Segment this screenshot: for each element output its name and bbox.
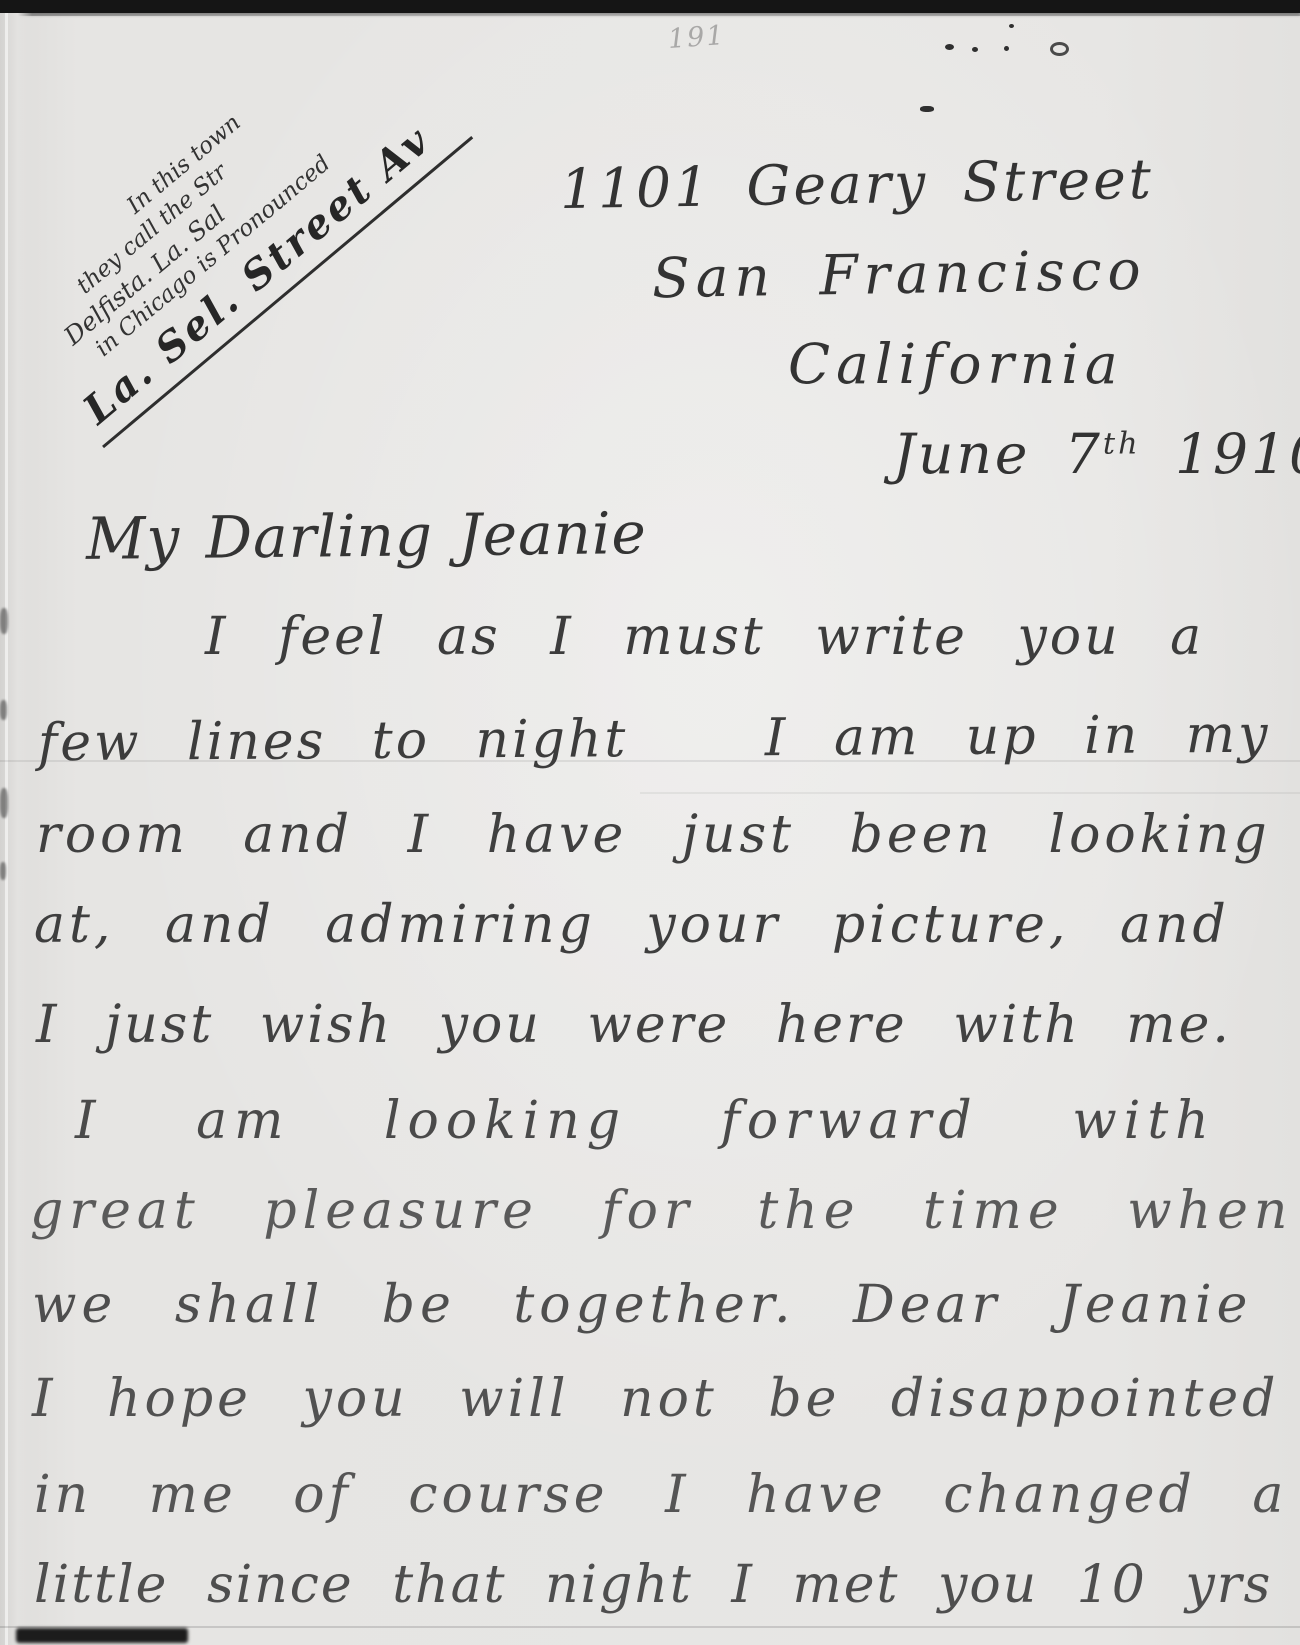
body-line-10: in me of course I have changed a [34, 1468, 1287, 1523]
scan-edge-smear [0, 788, 8, 818]
ink-speck [972, 47, 978, 52]
bottom-edge-smudge [16, 1628, 188, 1643]
body-line-5: I just wish you were here with me. [36, 998, 1232, 1053]
address-line-2: San Francisco [652, 242, 1148, 308]
date-line: June 7th 1910 [893, 426, 1300, 484]
date-year: 1910 [1141, 422, 1300, 486]
ink-speck [1004, 46, 1009, 51]
scan-edge-smear [0, 700, 7, 720]
body-line-6: I am looking forward with [75, 1094, 1216, 1149]
page-number-mark: 191 [667, 20, 727, 55]
scan-edge-smear [0, 862, 6, 880]
date-day: June 7 [893, 422, 1103, 486]
body-line-11: little since that night I met you 10 yrs… [34, 1558, 1300, 1613]
faint-scan-line [640, 792, 1300, 794]
faint-scan-line [0, 1626, 1300, 1628]
body-line-2: few lines to night I am up in my [38, 708, 1271, 771]
address-line-3: California [788, 336, 1124, 394]
ink-speck [945, 44, 954, 50]
body-line-3: room and I have just been looking [36, 808, 1271, 863]
ink-speck [1050, 42, 1069, 56]
body-line-7: great pleasure for the time when [30, 1184, 1293, 1239]
ink-speck [920, 106, 934, 112]
date-ordinal: th [1103, 427, 1141, 462]
letter-scan-page: In this town they call the Str Delfista.… [0, 0, 1300, 1645]
marginal-annotation: In this town they call the Str Delfista.… [0, 0, 565, 472]
ink-speck [1009, 24, 1014, 28]
salutation: My Darling Jeanie [86, 503, 647, 570]
scan-left-edge [0, 13, 32, 1645]
scan-top-edge [0, 0, 1300, 13]
scan-edge-smear [0, 608, 8, 634]
body-line-1: I feel as I must write you a [205, 610, 1204, 665]
body-line-4: at, and admiring your picture, and [34, 898, 1230, 953]
body-line-9: I hope you will not be disappointed [32, 1372, 1279, 1427]
address-line-1: 1101 Geary Street [560, 151, 1155, 219]
body-line-8: we shall be together. Dear Jeanie [32, 1278, 1252, 1333]
